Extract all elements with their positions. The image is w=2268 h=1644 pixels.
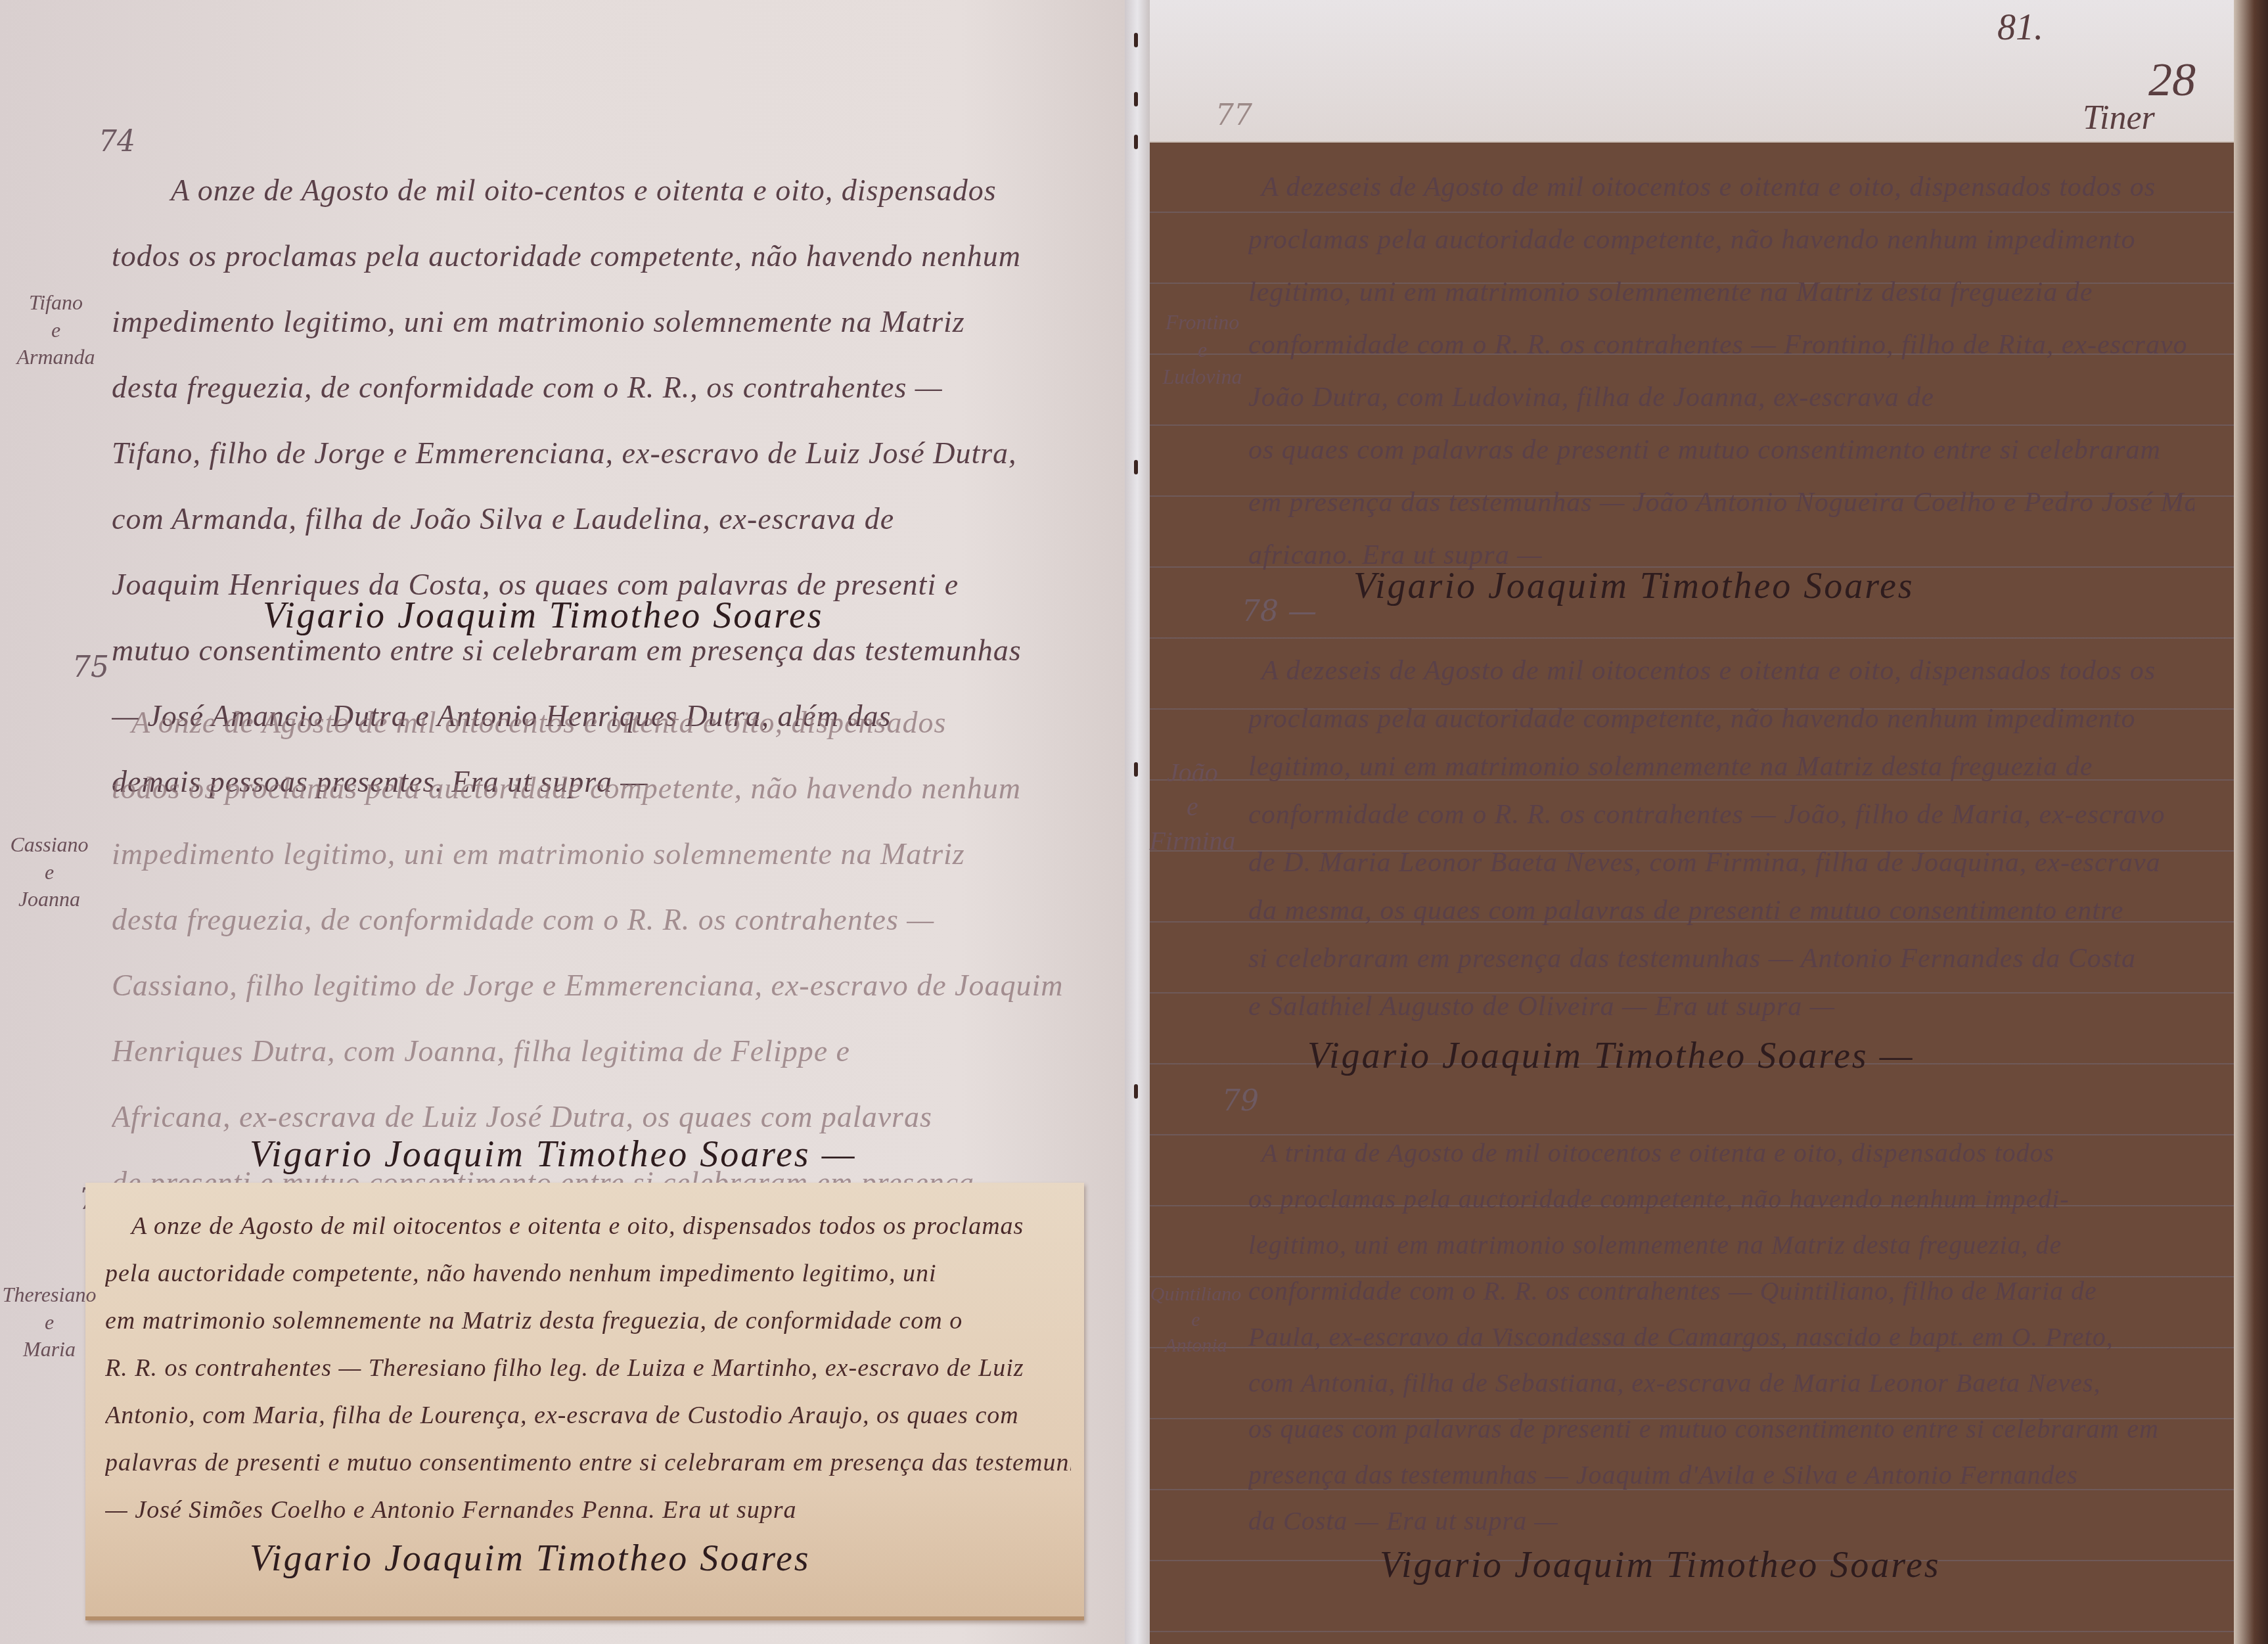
text-line: Tifano, filho de Jorge e Emmerenciana, e… — [112, 421, 1084, 486]
left-page: 74 Tifano e Armanda A onze de Agosto de … — [0, 0, 1129, 1644]
margin-groom: Tifano — [7, 289, 105, 317]
page-number: 28 — [2148, 53, 2196, 107]
binding-stitch — [1134, 1084, 1138, 1099]
margin-bride: Ludovina — [1153, 363, 1252, 391]
text-line: com Antonia, filha de Sebastiana, ex-esc… — [1248, 1360, 2194, 1406]
top-flap-sheet — [1150, 0, 2234, 143]
text-line: Paula, ex-escravo da Viscondessa de Cama… — [1248, 1314, 2194, 1360]
page-heading: Tiner — [2083, 99, 2155, 137]
text-line: impedimento legitimo, uni em matrimonio … — [112, 289, 1084, 355]
margin-groom: João — [1143, 756, 1242, 790]
text-line: legitimo, uni em matrimonio solemnemente… — [1248, 266, 2194, 319]
entry-number-75: 75 — [72, 651, 109, 684]
text-line: A onze de Agosto de mil oitocentos e oit… — [112, 690, 1084, 756]
text-line: legitimo, uni em matrimonio solemnemente… — [1248, 743, 2194, 791]
margin-groom: Quintiliano — [1146, 1281, 1245, 1307]
entry-77-signature: Vigario Joaquim Timotheo Soares — [1353, 565, 1915, 607]
margin-bride: Firmina — [1143, 824, 1242, 858]
binding-stitch — [1134, 33, 1138, 47]
entry-76-margin-names: Theresiano e Maria — [0, 1281, 99, 1363]
text-line: Henriques Dutra, com Joanna, filha legit… — [112, 1018, 1084, 1084]
entry-77-margin-names: Frontino e Ludovina — [1153, 309, 1252, 391]
margin-bride: Maria — [0, 1336, 99, 1363]
entry-number-79: 79 — [1222, 1084, 1259, 1118]
entry-79-text: A trinta de Agosto de mil oitocentos e o… — [1248, 1130, 2194, 1544]
margin-bride: Antonia — [1146, 1333, 1245, 1358]
text-line: todos os proclamas pela auctoridade comp… — [112, 223, 1084, 289]
margin-bride: Armanda — [7, 344, 105, 371]
text-line: todos os proclamas pela auctoridade comp… — [112, 756, 1084, 821]
entry-78-signature: Vigario Joaquim Timotheo Soares — — [1307, 1035, 1914, 1077]
text-line: conformidade com o R. R. os contrahentes… — [1248, 1268, 2194, 1314]
text-line: com Armanda, filha de João Silva e Laude… — [112, 486, 1084, 552]
entry-75-margin-names: Cassiano e Joanna — [0, 831, 99, 913]
text-line: pela auctoridade competente, não havendo… — [105, 1250, 1071, 1297]
text-line: Antonio, com Maria, filha de Lourença, e… — [105, 1392, 1071, 1439]
text-line: da Costa — Era ut supra — — [1248, 1498, 2194, 1544]
text-line: — José Simões Coelho e Antonio Fernandes… — [105, 1486, 1071, 1534]
text-line: A onze de Agosto de mil oito-centos e oi… — [112, 158, 1084, 223]
text-line: si celebraram em presença das testemunha… — [1248, 935, 2194, 983]
binding-stitch — [1134, 460, 1138, 474]
book-edge — [2234, 0, 2268, 1644]
text-line: A onze de Agosto de mil oitocentos e oit… — [105, 1202, 1071, 1250]
margin-and: e — [0, 1309, 99, 1336]
margin-and: e — [1143, 790, 1242, 824]
margin-and: e — [7, 317, 105, 344]
text-line: desta freguezia, de conformidade com o R… — [112, 355, 1084, 421]
text-line: e Salathiel Augusto de Oliveira — Era ut… — [1248, 983, 2194, 1031]
entry-number-78: 78 — — [1242, 595, 1317, 628]
entry-77-text: A dezeseis de Agosto de mil oitocentos e… — [1248, 161, 2194, 582]
margin-bride: Joanna — [0, 886, 99, 913]
entry-number-74: 74 — [99, 125, 135, 158]
margin-and: e — [1146, 1307, 1245, 1333]
entry-79-signature: Vigario Joaquim Timotheo Soares — [1380, 1544, 1941, 1586]
margin-groom: Theresiano — [0, 1281, 99, 1309]
text-line: impedimento legitimo, uni em matrimonio … — [112, 821, 1084, 887]
margin-and: e — [0, 859, 99, 886]
text-line: presença das testemunhas — Joaquim d'Avi… — [1248, 1452, 2194, 1498]
text-line: os proclamas pela auctoridade competente… — [1248, 1176, 2194, 1222]
entry-74-signature: Vigario Joaquim Timotheo Soares — [263, 595, 824, 637]
text-line: A trinta de Agosto de mil oitocentos e o… — [1248, 1130, 2194, 1176]
text-line: conformidade com o R. R. os contrahentes… — [1248, 319, 2194, 371]
text-line: em matrimonio solemnemente na Matriz des… — [105, 1297, 1071, 1344]
entry-76-signature: Vigario Joaquim Timotheo Soares — [250, 1538, 811, 1580]
text-line: os quaes com palavras de presenti e mutu… — [1248, 424, 2194, 476]
text-line: em presença das testemunhas — João Anton… — [1248, 476, 2194, 529]
folio-marker: 81. — [1997, 7, 2043, 49]
entry-75-signature: Vigario Joaquim Timotheo Soares — — [250, 1133, 856, 1176]
binding-stitch — [1134, 762, 1138, 777]
entry-number-77: 77 — [1215, 99, 1252, 132]
margin-groom: Frontino — [1153, 309, 1252, 336]
text-line: João Dutra, com Ludovina, filha de Joann… — [1248, 371, 2194, 424]
text-line: proclamas pela auctoridade competente, n… — [1248, 214, 2194, 266]
text-line: legitimo, uni em matrimonio solemnemente… — [1248, 1222, 2194, 1268]
entry-78-text: A dezeseis de Agosto de mil oitocentos e… — [1248, 647, 2194, 1031]
margin-groom: Cassiano — [0, 831, 99, 859]
text-line: de D. Maria Leonor Baeta Neves, com Firm… — [1248, 839, 2194, 887]
entry-76-text: A onze de Agosto de mil oitocentos e oit… — [105, 1202, 1071, 1534]
text-line: A dezeseis de Agosto de mil oitocentos e… — [1248, 161, 2194, 214]
entry-79-margin-names: Quintiliano e Antonia — [1146, 1281, 1245, 1358]
text-line: conformidade com o R. R. os contrahentes… — [1248, 791, 2194, 839]
text-line: palavras de presenti e mutuo consentimen… — [105, 1439, 1071, 1486]
text-line: da mesma, os quaes com palavras de prese… — [1248, 887, 2194, 935]
text-line: Cassiano, filho legitimo de Jorge e Emme… — [112, 953, 1084, 1018]
text-line: desta freguezia, de conformidade com o R… — [112, 887, 1084, 953]
binding-stitch — [1134, 135, 1138, 149]
text-line: os quaes com palavras de presenti e mutu… — [1248, 1406, 2194, 1452]
entry-78-margin-names: João e Firmina — [1143, 756, 1242, 858]
text-line: A dezeseis de Agosto de mil oitocentos e… — [1248, 647, 2194, 695]
margin-and: e — [1153, 336, 1252, 364]
text-line: proclamas pela auctoridade competente, n… — [1248, 695, 2194, 743]
entry-74-margin-names: Tifano e Armanda — [7, 289, 105, 371]
binding-stitch — [1134, 92, 1138, 106]
text-line: R. R. os contrahentes — Theresiano filho… — [105, 1344, 1071, 1392]
